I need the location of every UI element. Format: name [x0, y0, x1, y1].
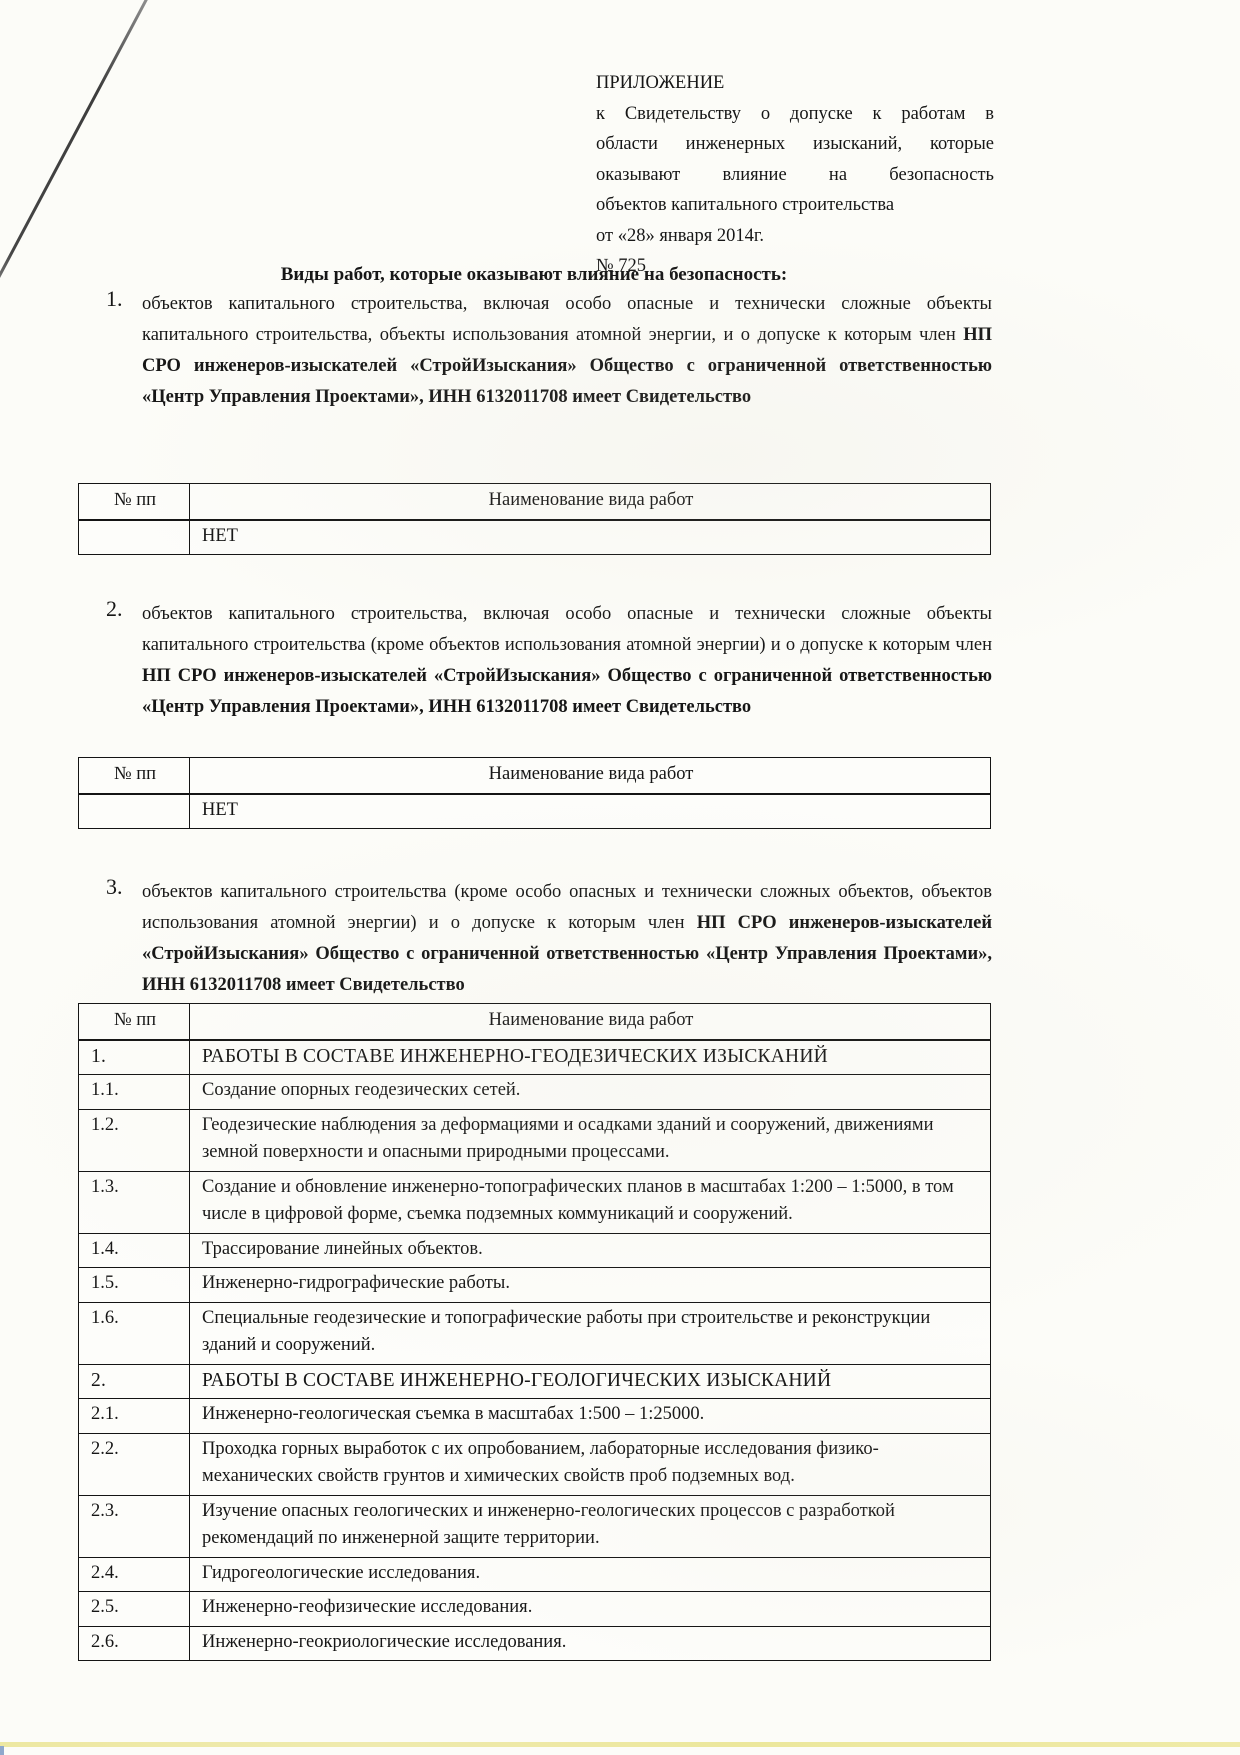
section-2: 2. объектов капитального строительства, …: [106, 599, 992, 723]
cell-work-name: РАБОТЫ В СОСТАВЕ ИНЖЕНЕРНО-ГЕОЛОГИЧЕСКИХ…: [190, 1364, 991, 1399]
cell-work-name: Инженерно-гидрографические работы.: [190, 1268, 991, 1303]
cell-row-number: 1.4.: [79, 1233, 190, 1268]
header-line: области инженерных изысканий, которые: [596, 129, 994, 160]
cell-row-number: 1.1.: [79, 1075, 190, 1110]
column-header-number: № пп: [79, 484, 190, 520]
section-2-text-bold: НП СРО инженеров-изыскателей «СтройИзыск…: [142, 666, 992, 717]
section-3-text: объектов капитального строительства (кро…: [142, 877, 992, 1001]
section-2-text-regular: объектов капитального строительства, вкл…: [142, 604, 992, 655]
table-row: 1. РАБОТЫ В СОСТАВЕ ИНЖЕНЕРНО-ГЕОДЕЗИЧЕС…: [79, 1040, 991, 1075]
header-line: оказывают влияние на безопасность: [596, 160, 994, 191]
table-row: 1.3. Создание и обновление инженерно-топ…: [79, 1171, 991, 1233]
table-row: 1.6. Специальные геодезические и топогра…: [79, 1302, 991, 1364]
works-table-2: № пп Наименование вида работ НЕТ: [78, 757, 991, 829]
scan-page-edge-line: [0, 0, 154, 282]
column-header-work-name: Наименование вида работ: [190, 484, 991, 520]
table-row: 2. РАБОТЫ В СОСТАВЕ ИНЖЕНЕРНО-ГЕОЛОГИЧЕС…: [79, 1364, 991, 1399]
table-row: 2.3. Изучение опасных геологических и ин…: [79, 1495, 991, 1557]
cell-row-number: [79, 794, 190, 829]
column-header-work-name: Наименование вида работ: [190, 1004, 991, 1040]
table-header-row: № пп Наименование вида работ: [79, 1004, 991, 1040]
cell-work-name: Инженерно-геофизические исследования.: [190, 1592, 991, 1627]
cell-work-name: Создание опорных геодезических сетей.: [190, 1075, 991, 1110]
header-line: ПРИЛОЖЕНИЕ: [596, 68, 994, 99]
table-row: 2.6. Инженерно-геокриологические исследо…: [79, 1626, 991, 1661]
scan-bottom-edge-line: [0, 1742, 1240, 1747]
appendix-header: ПРИЛОЖЕНИЕ к Свидетельству о допуске к р…: [596, 68, 994, 282]
cell-row-number: 1.3.: [79, 1171, 190, 1233]
table-header-row: № пп Наименование вида работ: [79, 484, 991, 520]
cell-work-name: Гидрогеологические исследования.: [190, 1557, 991, 1592]
works-table-3: № пп Наименование вида работ 1. РАБОТЫ В…: [78, 1003, 991, 1661]
cell-work-name: Инженерно-геокриологические исследования…: [190, 1626, 991, 1661]
cell-work-name: РАБОТЫ В СОСТАВЕ ИНЖЕНЕРНО-ГЕОДЕЗИЧЕСКИХ…: [190, 1040, 991, 1075]
cell-work-name: Создание и обновление инженерно-топограф…: [190, 1171, 991, 1233]
table-row: 1.4. Трассирование линейных объектов.: [79, 1233, 991, 1268]
cell-row-number: 1.5.: [79, 1268, 190, 1303]
table-row: 2.2. Проходка горных выработок с их опро…: [79, 1433, 991, 1495]
cell-row-number: 2.2.: [79, 1433, 190, 1495]
header-line: объектов капитального строительства: [596, 190, 994, 221]
cell-row-number: [79, 520, 190, 555]
table-row: 1.1. Создание опорных геодезических сете…: [79, 1075, 991, 1110]
section-2-text: объектов капитального строительства, вкл…: [142, 599, 992, 723]
cell-row-number: 2.3.: [79, 1495, 190, 1557]
cell-work-name: Геодезические наблюдения за деформациями…: [190, 1109, 991, 1171]
cell-row-number: 2.5.: [79, 1592, 190, 1627]
cell-work-name: Специальные геодезические и топографичес…: [190, 1302, 991, 1364]
table-row: 2.4. Гидрогеологические исследования.: [79, 1557, 991, 1592]
cell-work-name: НЕТ: [190, 520, 991, 555]
table-row: 1.5. Инженерно-гидрографические работы.: [79, 1268, 991, 1303]
cell-work-name: Изучение опасных геологических и инженер…: [190, 1495, 991, 1557]
section-2-number: 2.: [106, 596, 123, 622]
cell-row-number: 2.6.: [79, 1626, 190, 1661]
cell-row-number: 2.4.: [79, 1557, 190, 1592]
table-row: 1.2. Геодезические наблюдения за деформа…: [79, 1109, 991, 1171]
cell-work-name: Инженерно-геологическая съемка в масштаб…: [190, 1399, 991, 1434]
works-table-1: № пп Наименование вида работ НЕТ: [78, 483, 991, 555]
cell-row-number: 1.2.: [79, 1109, 190, 1171]
scan-corner-mark: [0, 1746, 4, 1755]
cell-row-number: 2.1.: [79, 1399, 190, 1434]
table-header-row: № пп Наименование вида работ: [79, 758, 991, 794]
cell-row-number: 1.6.: [79, 1302, 190, 1364]
cell-row-number: 1.: [79, 1040, 190, 1075]
scanned-document-page: ПРИЛОЖЕНИЕ к Свидетельству о допуске к р…: [0, 0, 1240, 1755]
section-1: 1. объектов капитального строительства, …: [106, 289, 992, 413]
table-row: НЕТ: [79, 520, 991, 555]
header-line: к Свидетельству о допуске к работам в: [596, 99, 994, 130]
column-header-number: № пп: [79, 758, 190, 794]
section-3: 3. объектов капитального строительства (…: [106, 877, 992, 1001]
column-header-number: № пп: [79, 1004, 190, 1040]
cell-work-name: Трассирование линейных объектов.: [190, 1233, 991, 1268]
header-line: от «28» января 2014г.: [596, 221, 994, 252]
table-row: 2.5. Инженерно-геофизические исследовани…: [79, 1592, 991, 1627]
cell-work-name: НЕТ: [190, 794, 991, 829]
document-title: Виды работ, которые оказывают влияние на…: [78, 264, 990, 286]
section-3-number: 3.: [106, 874, 123, 900]
table-row: НЕТ: [79, 794, 991, 829]
section-1-text-regular: объектов капитального строительства, вкл…: [142, 294, 992, 345]
cell-row-number: 2.: [79, 1364, 190, 1399]
table-row: 2.1. Инженерно-геологическая съемка в ма…: [79, 1399, 991, 1434]
cell-work-name: Проходка горных выработок с их опробован…: [190, 1433, 991, 1495]
section-1-number: 1.: [106, 286, 123, 312]
section-1-text: объектов капитального строительства, вкл…: [142, 289, 992, 413]
column-header-work-name: Наименование вида работ: [190, 758, 991, 794]
